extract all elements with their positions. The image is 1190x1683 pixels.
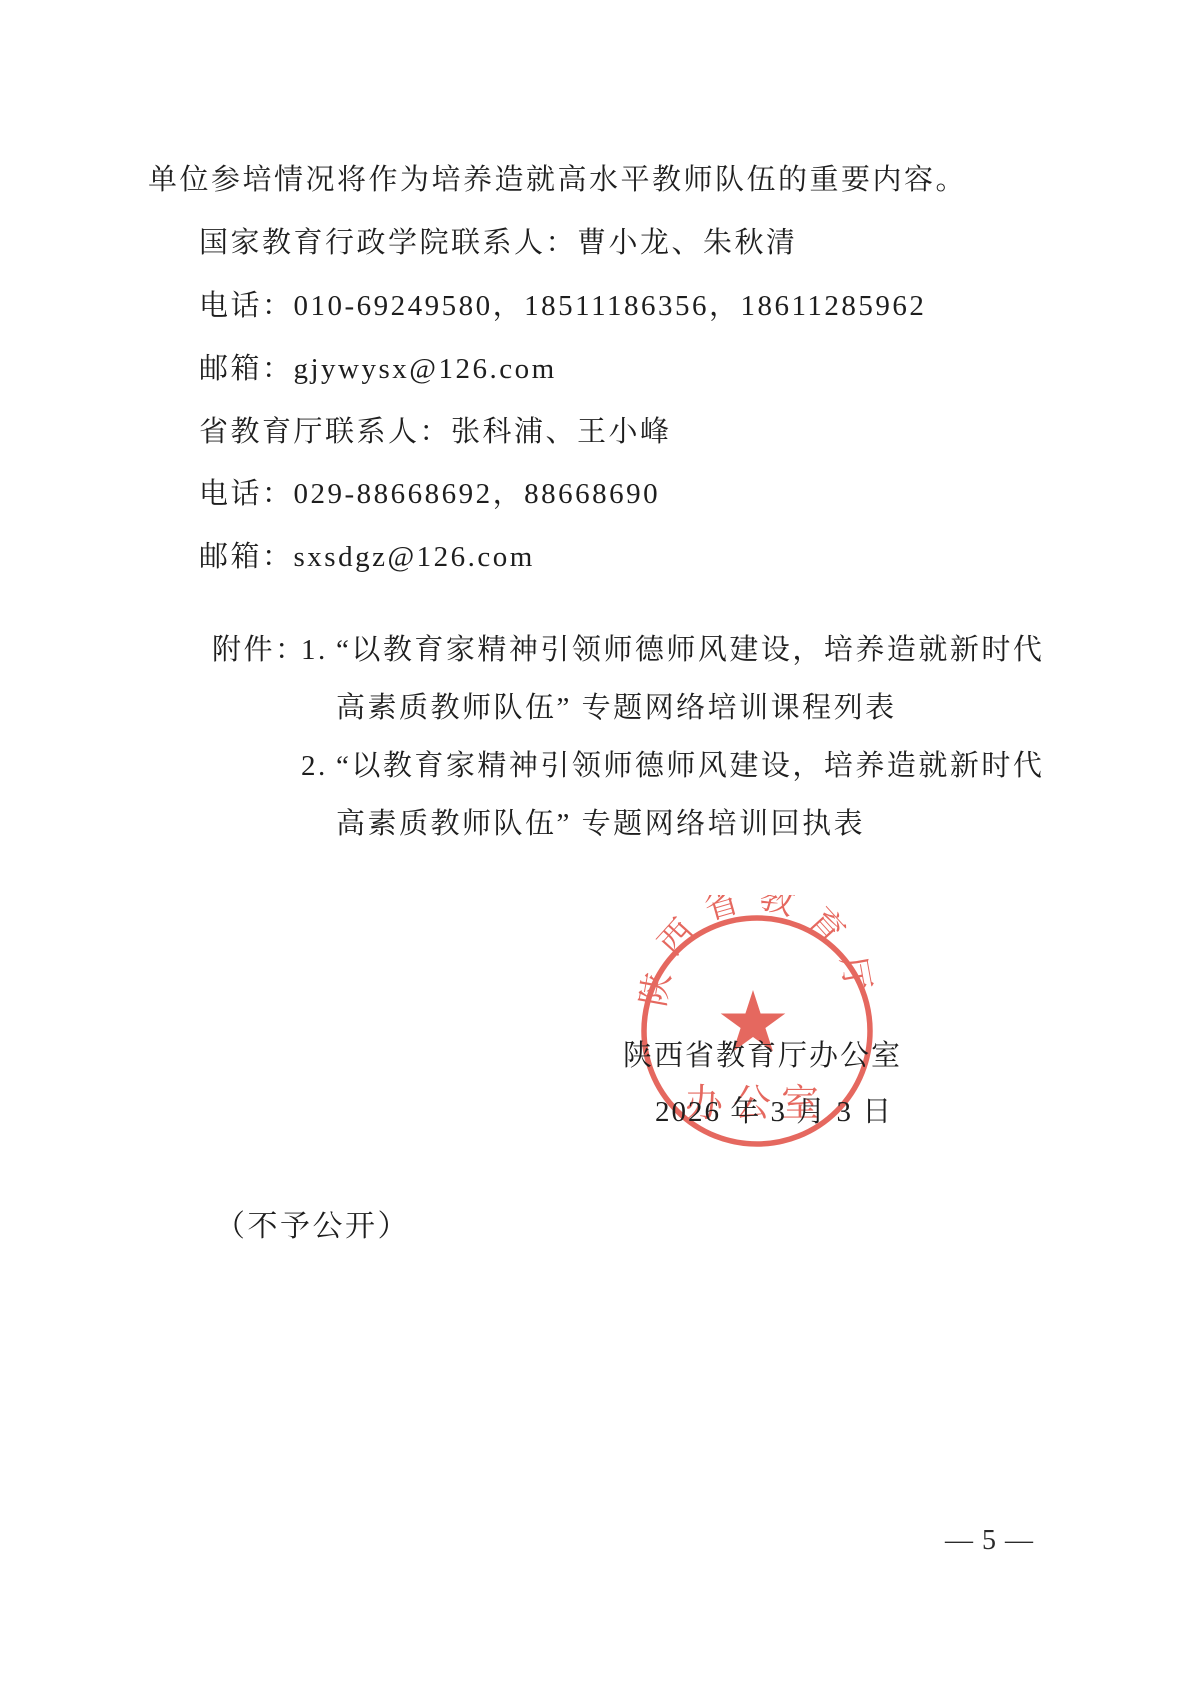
seal-arc-text: 陕西省教育厅: [634, 895, 878, 1009]
contact-phone-provincial: 电话：029-88668692，88668690: [199, 478, 660, 511]
contact-person-national: 国家教育行政学院联系人：曹小龙、朱秋清: [199, 227, 798, 260]
contact-email-national: 邮箱：gjywysx@126.com: [199, 353, 557, 386]
signature-date: 2026 年 3 月 3 日: [655, 1096, 893, 1129]
attachment-2-number: 2.: [301, 750, 328, 783]
document-page: 单位参培情况将作为培养造就高水平教师队伍的重要内容。 国家教育行政学院联系人：曹…: [0, 0, 1190, 1683]
contact-email-provincial: 邮箱：sxsdgz@126.com: [199, 541, 535, 574]
attachment-1-line1: “以教育家精神引领师德师风建设，培养造就新时代: [336, 634, 1044, 667]
attachment-2-line2: 高素质教师队伍” 专题网络培训回执表: [336, 808, 865, 841]
attachments-label: 附件：: [212, 634, 307, 667]
attachment-1-number: 1.: [301, 634, 328, 667]
attachment-1-line2: 高素质教师队伍” 专题网络培训课程列表: [336, 692, 897, 725]
attachment-2-line1: “以教育家精神引领师德师风建设，培养造就新时代: [336, 750, 1044, 783]
contact-phone-national: 电话：010-69249580，18511186356，18611285962: [199, 290, 926, 323]
contact-person-provincial: 省教育厅联系人：张科浦、王小峰: [199, 416, 672, 449]
page-number: — 5 —: [945, 1524, 1034, 1557]
publicity-note: （不予公开）: [215, 1210, 410, 1243]
signature-org: 陕西省教育厅办公室: [623, 1040, 902, 1073]
intro-line: 单位参培情况将作为培养造就高水平教师队伍的重要内容。: [148, 164, 967, 197]
